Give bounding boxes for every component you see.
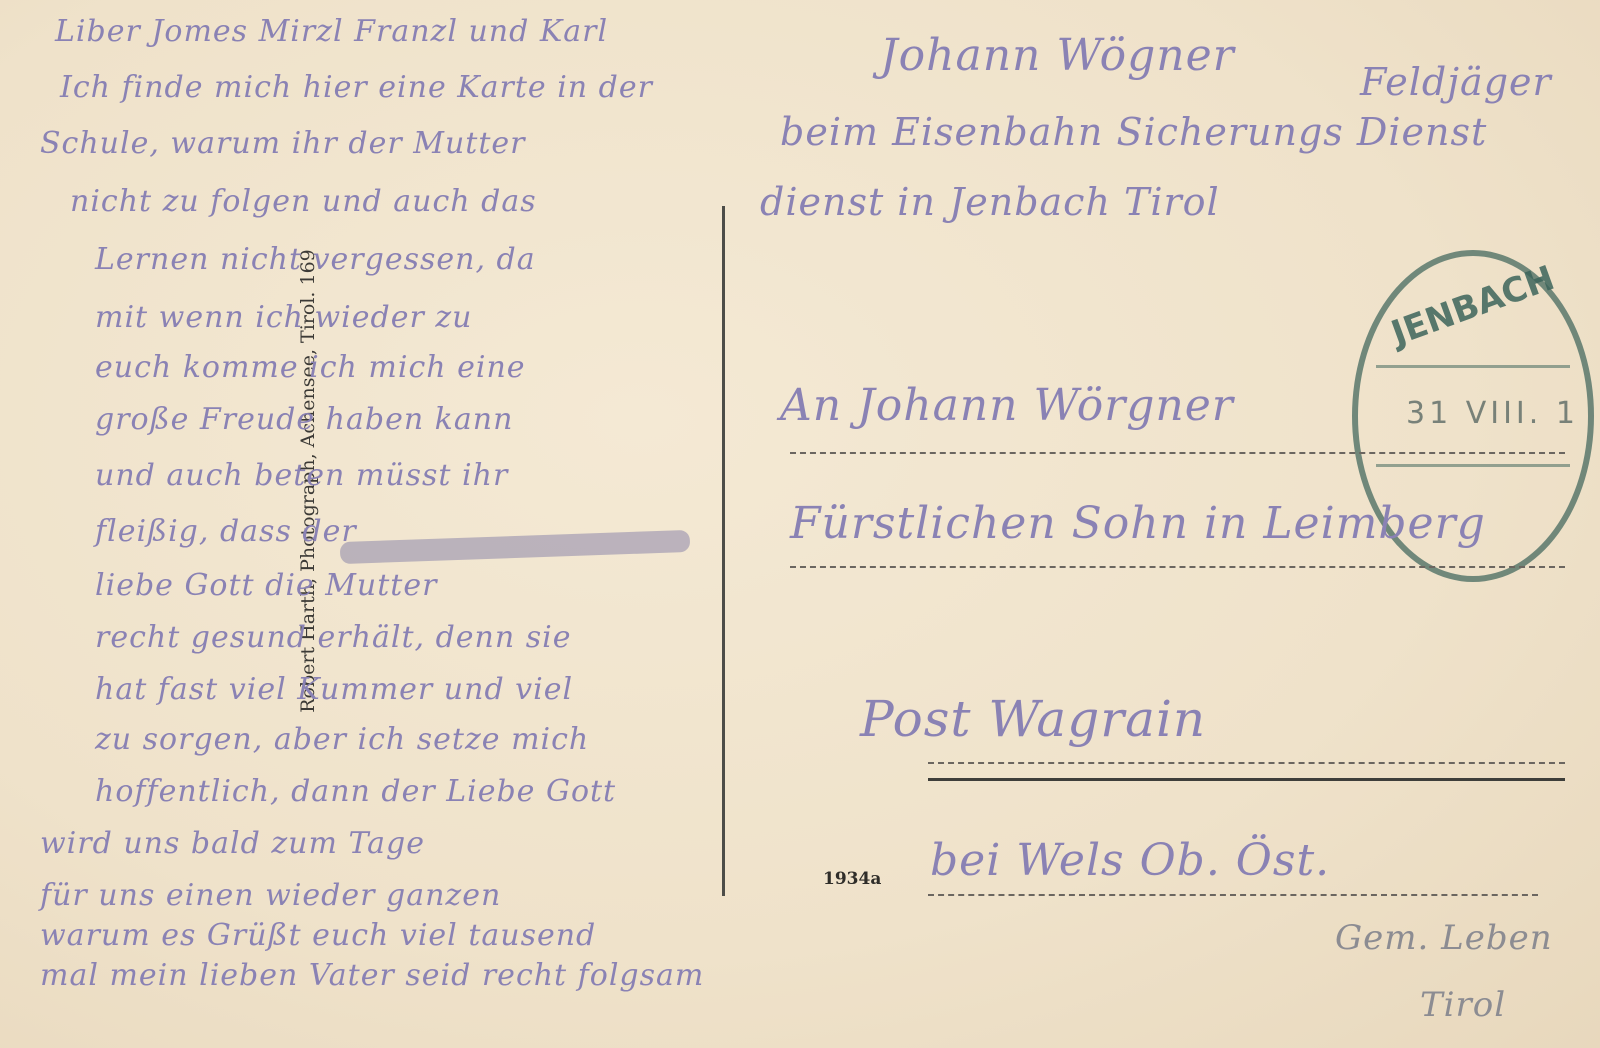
postcard-back: Robert Harth, Photograph, Achensee, Tiro…: [0, 0, 1600, 1048]
message-line: hoffentlich, dann der Liebe Gott: [95, 774, 616, 809]
message-line: für uns einen wieder ganzen: [40, 878, 501, 913]
crossed-out-text: [340, 530, 691, 564]
message-line: zu sorgen, aber ich setze mich: [95, 722, 589, 757]
address-line: Post Wagrain: [860, 690, 1206, 748]
message-line: recht gesund erhält, denn sie: [95, 620, 571, 655]
sender-line: Feldjäger: [1360, 60, 1552, 104]
message-line: nicht zu folgen und auch das: [70, 184, 537, 219]
address-underline: [928, 778, 1565, 781]
message-line: und auch beten müsst ihr: [95, 458, 508, 493]
plate-number: 1934a: [823, 869, 881, 889]
message-line: wird uns bald zum Tage: [40, 826, 425, 861]
address-rule: [928, 894, 1538, 896]
sender-line: beim Eisenbahn Sicherungs Dienst: [780, 110, 1487, 154]
address-line: Fürstlichen Sohn in Leimberg: [790, 498, 1486, 549]
message-line: mit wenn ich wieder zu: [95, 300, 473, 335]
postmark-town: JENBACH: [1386, 258, 1559, 354]
center-divider: [722, 206, 725, 896]
message-line: mal mein lieben Vater seid recht folgsam: [40, 958, 704, 993]
message-line: fleißig, dass der: [95, 514, 357, 549]
message-line: große Freude haben kann: [95, 402, 513, 437]
message-line: Liber Jomes Mirzl Franzl und Karl: [55, 14, 608, 49]
message-line: liebe Gott die Mutter: [95, 568, 437, 603]
address-rule: [790, 452, 1565, 454]
address-line: bei Wels Ob. Öst.: [930, 835, 1330, 886]
address-rule: [928, 762, 1565, 764]
postmark-date: 31 VIII. 1: [1406, 396, 1579, 431]
message-line: Schule, warum ihr der Mutter: [40, 126, 526, 161]
pencil-note: Tirol: [1420, 985, 1506, 1025]
message-line: euch komme ich mich eine: [95, 350, 526, 385]
address-line: An Johann Wörgner: [780, 380, 1234, 431]
sender-line: Johann Wögner: [880, 30, 1235, 81]
message-line: Lernen nicht vergessen, da: [95, 242, 536, 277]
message-line: warum es Grüßt euch viel tausend: [40, 918, 596, 953]
message-line: Ich finde mich hier eine Karte in der: [60, 70, 653, 105]
address-rule: [790, 566, 1565, 568]
pencil-note: Gem. Leben: [1335, 918, 1553, 958]
message-line: hat fast viel Kummer und viel: [95, 672, 573, 707]
sender-line: dienst in Jenbach Tirol: [760, 180, 1220, 224]
